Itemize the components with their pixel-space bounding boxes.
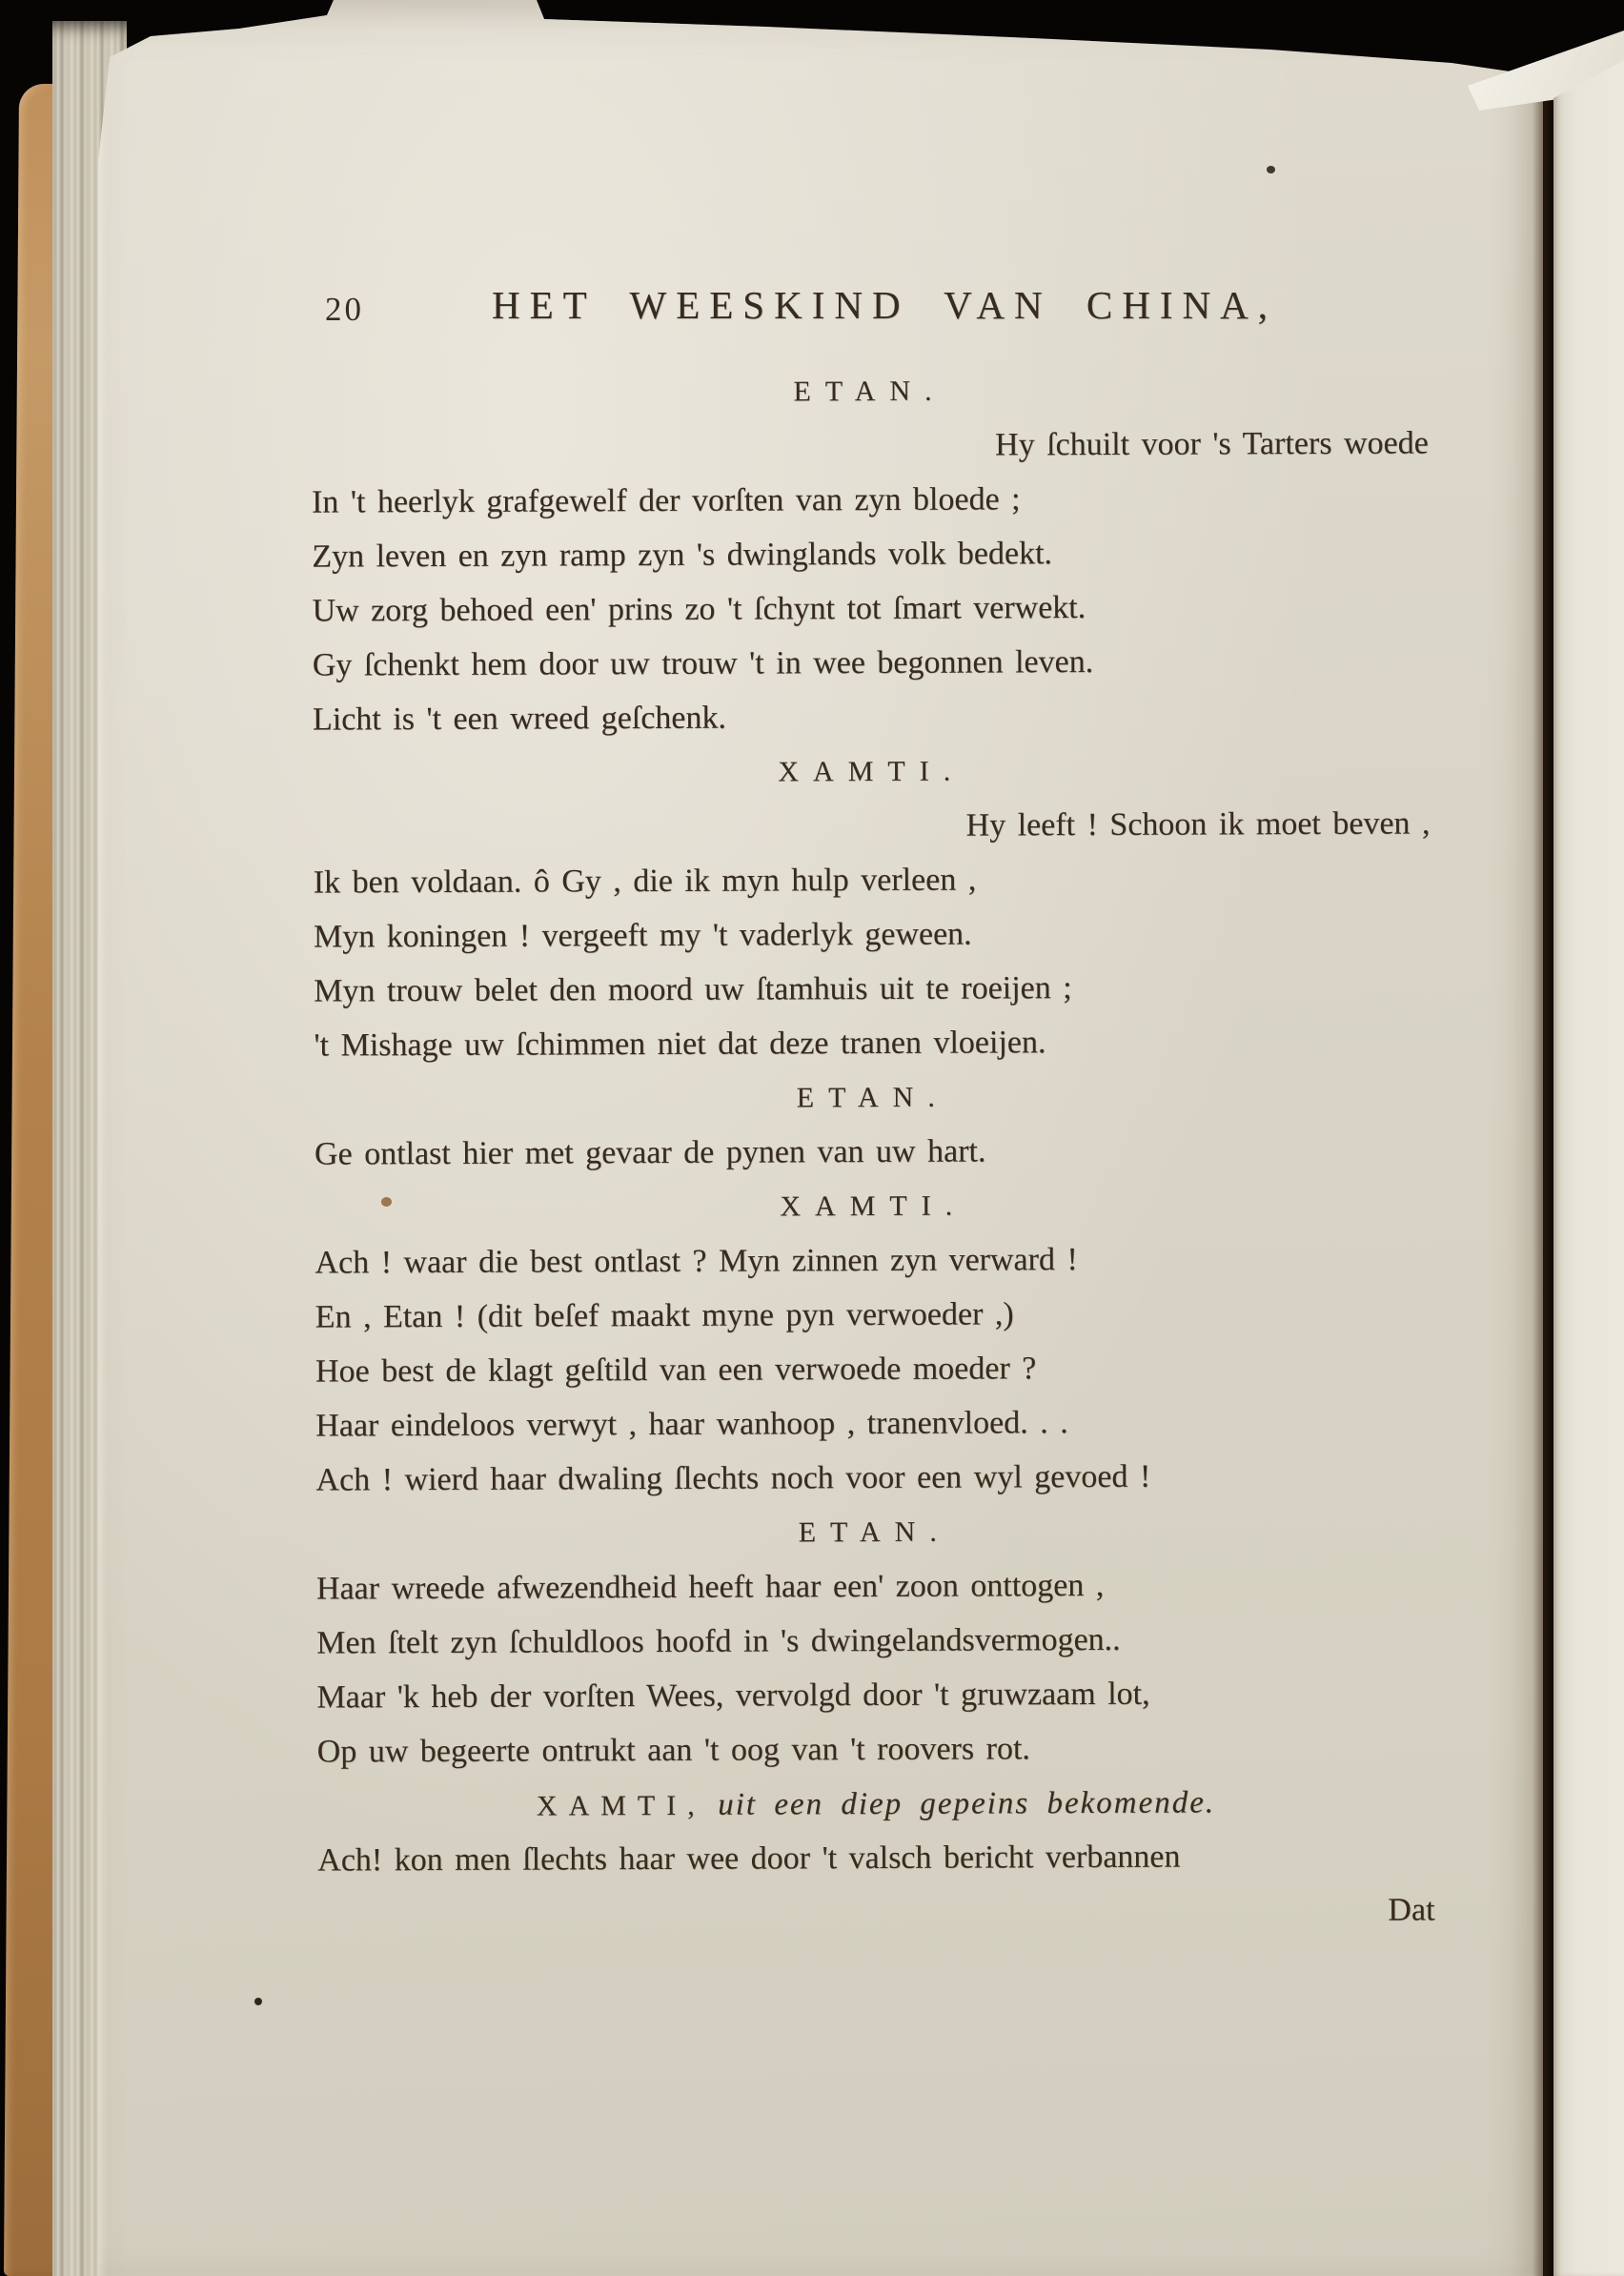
verse-line: Hoe best de klagt geſtild van een verwoe… — [315, 1339, 1432, 1398]
speaker-heading: XAMTI. — [313, 742, 1430, 801]
play-text-block: ETAN. Hy ſchuilt voor 's Tarters woede I… — [311, 361, 1434, 1941]
page-header: 20 HET WEESKIND VAN CHINA, — [317, 282, 1451, 328]
next-page-edge — [1553, 52, 1624, 2276]
verse-line: 't Mishage uw ſchimmen niet dat deze tra… — [314, 1013, 1431, 1072]
verse-line: In 't heerlyk grafgewelf der vorſten van… — [312, 470, 1429, 529]
speaker-heading: ETAN. — [315, 1067, 1431, 1127]
verse-line: Myn trouw belet den moord uw ſtamhuis ui… — [314, 959, 1431, 1018]
verse-line: Haar wreede afwezendheid heeft haar een'… — [316, 1556, 1433, 1616]
paper-speck — [254, 1998, 262, 2005]
stage-direction: uit een diep gepeins bekomende. — [718, 1785, 1215, 1821]
verse-line: Zyn leven en zyn ramp zyn 's dwinglands … — [312, 524, 1429, 583]
verse-line: Myn koningen ! vergeeft my 't vaderlyk g… — [314, 904, 1431, 964]
verse-line: Ge ontlast hier met gevaar de pynen van … — [315, 1122, 1431, 1181]
verse-line: Ach ! waar die best ontlast ? Myn zinnen… — [315, 1230, 1431, 1290]
verse-line: Ach! kon men ſlechts haar wee door 't va… — [317, 1828, 1434, 1887]
verse-line: Licht is 't een wreed geſchenk. — [313, 687, 1430, 746]
verse-line: Haar eindeloos verwyt , haar wanhoop , t… — [315, 1393, 1432, 1453]
verse-line: Ach ! wierd haar dwaling ſlechts noch vo… — [315, 1448, 1432, 1507]
verse-line: Gy ſchenkt hem door uw trouw 't in wee b… — [313, 633, 1430, 692]
paper-speck — [1267, 166, 1275, 173]
paper-speck — [381, 1197, 392, 1207]
speaker-heading-with-direction: XAMTI, uit een diep gepeins bekomende. — [317, 1774, 1434, 1833]
verse-line: Hy leeft ! Schoon ik moet beven , — [313, 796, 1430, 855]
speaker-name: XAMTI, — [537, 1790, 706, 1822]
page-number: 20 — [325, 291, 364, 329]
speaker-heading: ETAN. — [311, 361, 1428, 420]
photographed-book-scene: 20 HET WEESKIND VAN CHINA, ETAN. Hy ſchu… — [0, 0, 1624, 2276]
verse-line: Hy ſchuilt voor 's Tarters woede — [312, 416, 1429, 475]
running-title: HET WEESKIND VAN CHINA, — [492, 283, 1277, 327]
verse-line: Ik ben voldaan. ô Gy , die ik myn hulp v… — [314, 850, 1431, 909]
verse-line: Uw zorg behoed een' prins zo 't ſchynt t… — [312, 579, 1429, 638]
verse-line: Maar 'k heb der vorſten Wees, vervolgd d… — [316, 1665, 1433, 1724]
verse-line: Op uw begeerte ontrukt aan 't oog van 't… — [317, 1719, 1434, 1778]
book-page: 20 HET WEESKIND VAN CHINA, ETAN. Hy ſchu… — [98, 0, 1543, 2276]
catchword: Dat — [317, 1882, 1434, 1941]
verse-line: En , Etan ! (dit beſef maakt myne pyn ve… — [315, 1285, 1432, 1344]
speaker-heading: ETAN. — [316, 1502, 1433, 1561]
speaker-heading: XAMTI. — [315, 1176, 1431, 1235]
verse-line: Men ſtelt zyn ſchuldloos hoofd in 's dwi… — [316, 1611, 1433, 1670]
